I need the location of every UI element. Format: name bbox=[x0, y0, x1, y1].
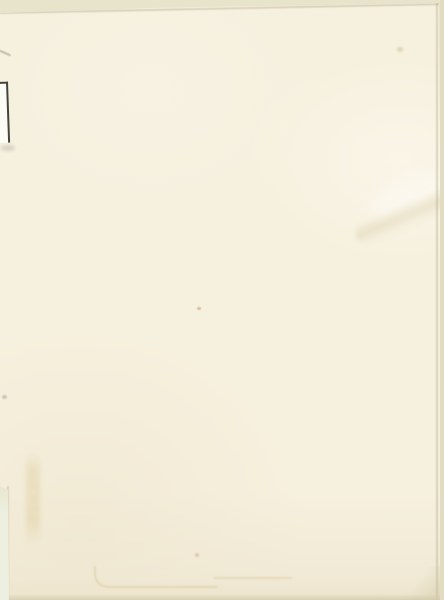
crease-hook bbox=[94, 566, 218, 588]
red-speck bbox=[197, 307, 201, 310]
water-stain bbox=[351, 182, 444, 250]
scanned-blank-page bbox=[0, 0, 444, 600]
page-left-edge-shadow bbox=[7, 486, 9, 600]
water-stain-highlight bbox=[365, 164, 444, 227]
tan-speck bbox=[397, 47, 403, 52]
paper-page bbox=[0, 0, 444, 600]
page-bottom-edge-shadow bbox=[0, 594, 444, 600]
gray-speck bbox=[2, 395, 7, 399]
tan-streak-stain bbox=[26, 452, 40, 544]
page-corner-shading bbox=[381, 566, 441, 600]
pencil-mark bbox=[0, 50, 11, 57]
crease-tail bbox=[214, 577, 292, 579]
underlying-page-strip bbox=[0, 480, 9, 600]
page-right-edge-shadow bbox=[436, 0, 438, 600]
page-top-edge-shadow bbox=[0, 3, 444, 14]
pink-speck bbox=[195, 553, 199, 557]
